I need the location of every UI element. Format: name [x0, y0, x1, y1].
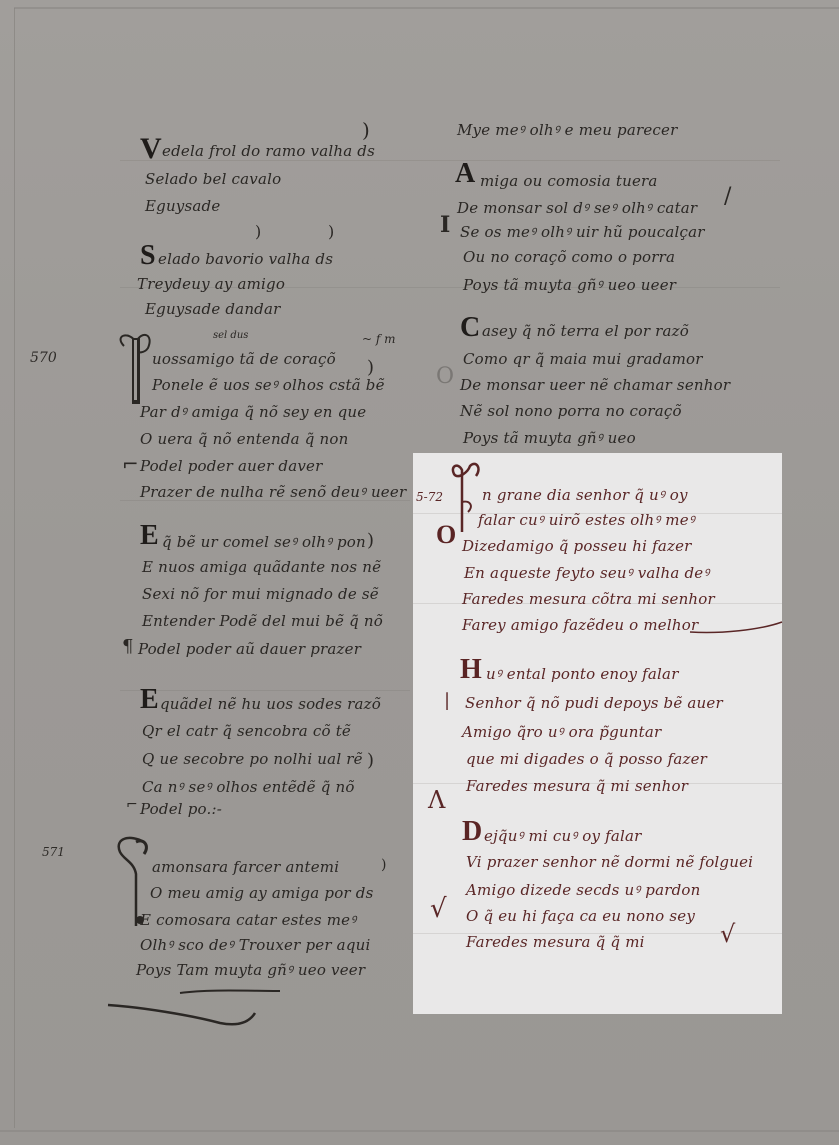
check-mark: √ [720, 920, 735, 948]
initial-letter: E [140, 522, 159, 550]
page-left-edge [14, 8, 15, 1128]
decorated-initial-p [118, 332, 154, 410]
verse-line: Qr el catr q̃ sencobra cõ tẽ [142, 722, 351, 740]
page-bottom-edge [0, 1130, 839, 1132]
margin-bracket: | [444, 690, 450, 711]
margin-initial-o: O [436, 522, 456, 548]
initial-letter: A [455, 160, 475, 188]
verse-line: Dizedamigo q̃ posseu hi fazer [462, 537, 692, 555]
verse-line: Q ue secobre po nolhi ual rẽ [142, 750, 363, 768]
paragraph-mark: ⌐ [122, 452, 139, 476]
bracket-mark: ) [367, 750, 374, 771]
verse-line: edela frol do ramo valha ds [162, 142, 375, 160]
verse-line: Podel poder aũ dauer prazer [138, 640, 361, 658]
flourish-stroke [690, 620, 790, 640]
verse-line: asey q̃ nõ terra el por razõ [482, 322, 689, 340]
verse-line: Poys tã muyta gñꝰ ueo [463, 428, 636, 448]
verse-line: E comosara catar estes meꝰ [140, 910, 356, 930]
verse-line: Faredes mesura q̃ q̃ mi [466, 933, 645, 951]
verse-line: Poys tã muyta gñꝰ ueo ueer [463, 275, 676, 295]
verse-line: falar cuꝰ uirõ estes olhꝰ meꝰ [478, 510, 695, 530]
folio-number: 570 [30, 350, 57, 366]
verse-line: uossamigo tã de coraçõ [152, 350, 336, 368]
faint-initial-o: O [436, 364, 454, 389]
check-mark: √ [430, 894, 447, 924]
bracket-mark: ) [367, 530, 374, 551]
paragraph-mark: ¶ [122, 636, 133, 657]
folio-number: 571 [42, 845, 65, 859]
bracket-mark: ) [381, 857, 386, 873]
verse-line: Ou no coraçõ como o porra [463, 248, 675, 266]
verse-line: Prazer de nulha rẽ senõ deuꝰ ueer [140, 482, 406, 502]
verse-line: Eguysade dandar [145, 300, 281, 318]
verse-line: Faredes mesura cõtra mi senhor [462, 590, 715, 608]
folio-number: 5-72 [416, 490, 443, 504]
ruled-line [120, 690, 410, 691]
verse-line: n grane dia senhor q̃ uꝰ oy [482, 485, 688, 505]
verse-line: En aqueste feyto seuꝰ valha deꝰ [464, 563, 709, 583]
verse-line: Vi prazer senhor nẽ dormi nẽ folguei [466, 853, 753, 871]
verse-line: uꝰ ental ponto enoy falar [486, 664, 679, 684]
margin-caret-mark: Λ [428, 786, 445, 814]
verse-line: Treydeuy ay amigo [137, 275, 285, 293]
initial-letter: H [460, 656, 482, 684]
initial-letter: D [462, 818, 482, 846]
verse-line: E nuos amiga quãdante nos nẽ [142, 558, 381, 576]
verse-line: O q̃ eu hi faça ca eu nono sey [466, 907, 695, 925]
verse-line: miga ou comosia tuera [480, 172, 658, 190]
initial-letter: S [140, 242, 156, 270]
verse-line: quãdel nẽ hu uos sodes razõ [160, 695, 381, 713]
verse-line: Se os meꝰ olhꝰ uir hũ poucalçar [460, 222, 705, 242]
ruled-line [120, 160, 780, 161]
verse-line: Amigo q̃ro uꝰ ora p̃guntar [462, 722, 661, 742]
verse-line: que mi digades o q̃ posso fazer [466, 750, 707, 768]
verse-line: Par dꝰ amiga q̃ nõ sey en que [140, 402, 366, 422]
verse-line: Farey amigo fazẽdeu o melhor [462, 616, 698, 634]
gloss-above: sel dus [213, 330, 248, 341]
initial-letter: E [140, 686, 159, 714]
verse-line: Faredes mesura q̃ mi senhor [466, 777, 688, 795]
margin-mark: / [724, 184, 731, 209]
verse-line: elado bavorio valha ds [158, 250, 333, 268]
margin-note: ~ f m [362, 332, 396, 346]
verse-line: Eguysade [145, 197, 220, 215]
manuscript-page: V edela frol do ramo valha ds Selado bel… [0, 0, 839, 1145]
verse-line: Como qr q̃ maia mui gradamor [463, 350, 703, 368]
verse-line: Amigo dizede secds uꝰ pardon [466, 880, 701, 900]
verse-line: Entender Podẽ del mui bẽ q̃ nõ [142, 612, 383, 630]
verse-line: Senhor q̃ nõ pudi depoys bẽ auer [465, 694, 723, 712]
verse-line: ejq̃uꝰ mi cuꝰ oy falar [484, 826, 642, 846]
bracket-mark: ) [328, 222, 334, 241]
verse-line: amonsara farcer antemi [152, 858, 339, 876]
verse-line: Nẽ sol nono porra no coraçõ [460, 402, 682, 420]
bracket-mark: ) [255, 222, 261, 241]
verse-line: Olhꝰ sco deꝰ Trouxer per aqui [140, 935, 371, 955]
verse-line: Selado bel cavalo [145, 170, 281, 188]
initial-letter: V [140, 134, 162, 164]
verse-line: Ponele ẽ uos seꝰ olhos cstã bẽ [152, 375, 385, 395]
page-top-edge [14, 7, 839, 9]
initial-letter: C [460, 314, 480, 342]
bracket-mark: ) [367, 357, 374, 378]
verse-line: Podel po.:- [140, 800, 222, 818]
verse-line: Sexi nõ for mui mignado de sẽ [142, 585, 379, 603]
verse-line: Podel poder auer daver [140, 457, 323, 475]
flourish-stroke [100, 985, 300, 1025]
margin-mark: I [440, 212, 450, 238]
verse-line: Ca nꝰ seꝰ olhos entẽdẽ q̃ nõ [142, 777, 355, 797]
paragraph-mark: ⌐ [126, 797, 138, 813]
verse-line: O uera q̃ nõ entenda q̃ non [140, 430, 348, 448]
verse-line: Poys Tam muyta gñꝰ ueo veer [136, 960, 365, 980]
verse-line: Mye meꝰ olhꝰ e meu parecer [457, 120, 677, 140]
verse-line: De monsar ueer nẽ chamar senhor [460, 376, 730, 394]
verse-line: q̃ bẽ ur comel seꝰ olhꝰ pon [162, 532, 366, 552]
verse-line: De monsar sol dꝰ seꝰ olhꝰ catar [457, 198, 697, 218]
verse-line: O meu amig ay amiga por ds [150, 884, 373, 902]
bracket-mark: ) [362, 118, 370, 142]
